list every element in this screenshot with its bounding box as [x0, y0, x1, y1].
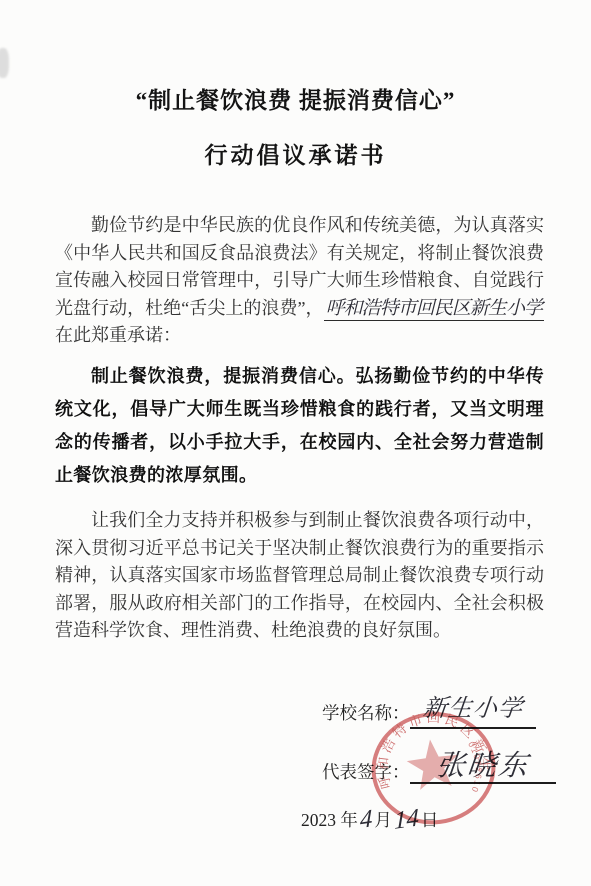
school-name-label: 学校名称：	[322, 700, 410, 725]
date-day-unit: 日	[421, 807, 439, 832]
handwritten-month: 4	[360, 806, 372, 833]
handwritten-day: 14	[394, 805, 419, 834]
document-title-line2: 行动倡议承诺书	[0, 137, 591, 170]
paragraph-preamble: 勤俭节约是中华民族的优良作风和传统美德，为认真落实《中华人民共和国反食品浪费法》…	[55, 212, 544, 350]
handwritten-school-name-inline: 呼和浩特市回民区新生小学	[324, 298, 544, 321]
handwritten-signature: 张晓东	[434, 752, 530, 781]
paragraph-pledge-bold: 制止餐饮浪费，提振消费信心。弘扬勤俭节约的中华传统文化，倡导广大师生既当珍惜粮食…	[55, 360, 544, 492]
handwritten-school-name: 新生小学	[421, 697, 524, 721]
date-month-unit: 月	[374, 807, 392, 832]
date-year: 2023 年	[301, 807, 358, 832]
paragraph-action: 让我们全力支持并积极参与到制止餐饮浪费各项行动中，深入贯彻习近平总书记关于坚决制…	[55, 507, 544, 645]
document-title-line1: “制止餐饮浪费 提振消费信心”	[0, 82, 591, 115]
representative-signature-row: 代表签字： 张晓东	[322, 755, 556, 784]
school-name-line: 新生小学	[410, 700, 536, 729]
paragraph-preamble-tail: 在此郑重承诺：	[55, 325, 181, 345]
signature-label: 代表签字：	[322, 759, 410, 784]
signature-line: 张晓东	[410, 755, 556, 784]
date-row: 2023 年 4 月 14 日	[301, 806, 438, 832]
scan-smudge	[0, 48, 9, 78]
school-name-row: 学校名称： 新生小学	[322, 700, 536, 729]
document-page: “制止餐饮浪费 提振消费信心” 行动倡议承诺书 勤俭节约是中华民族的优良作风和传…	[0, 0, 591, 886]
